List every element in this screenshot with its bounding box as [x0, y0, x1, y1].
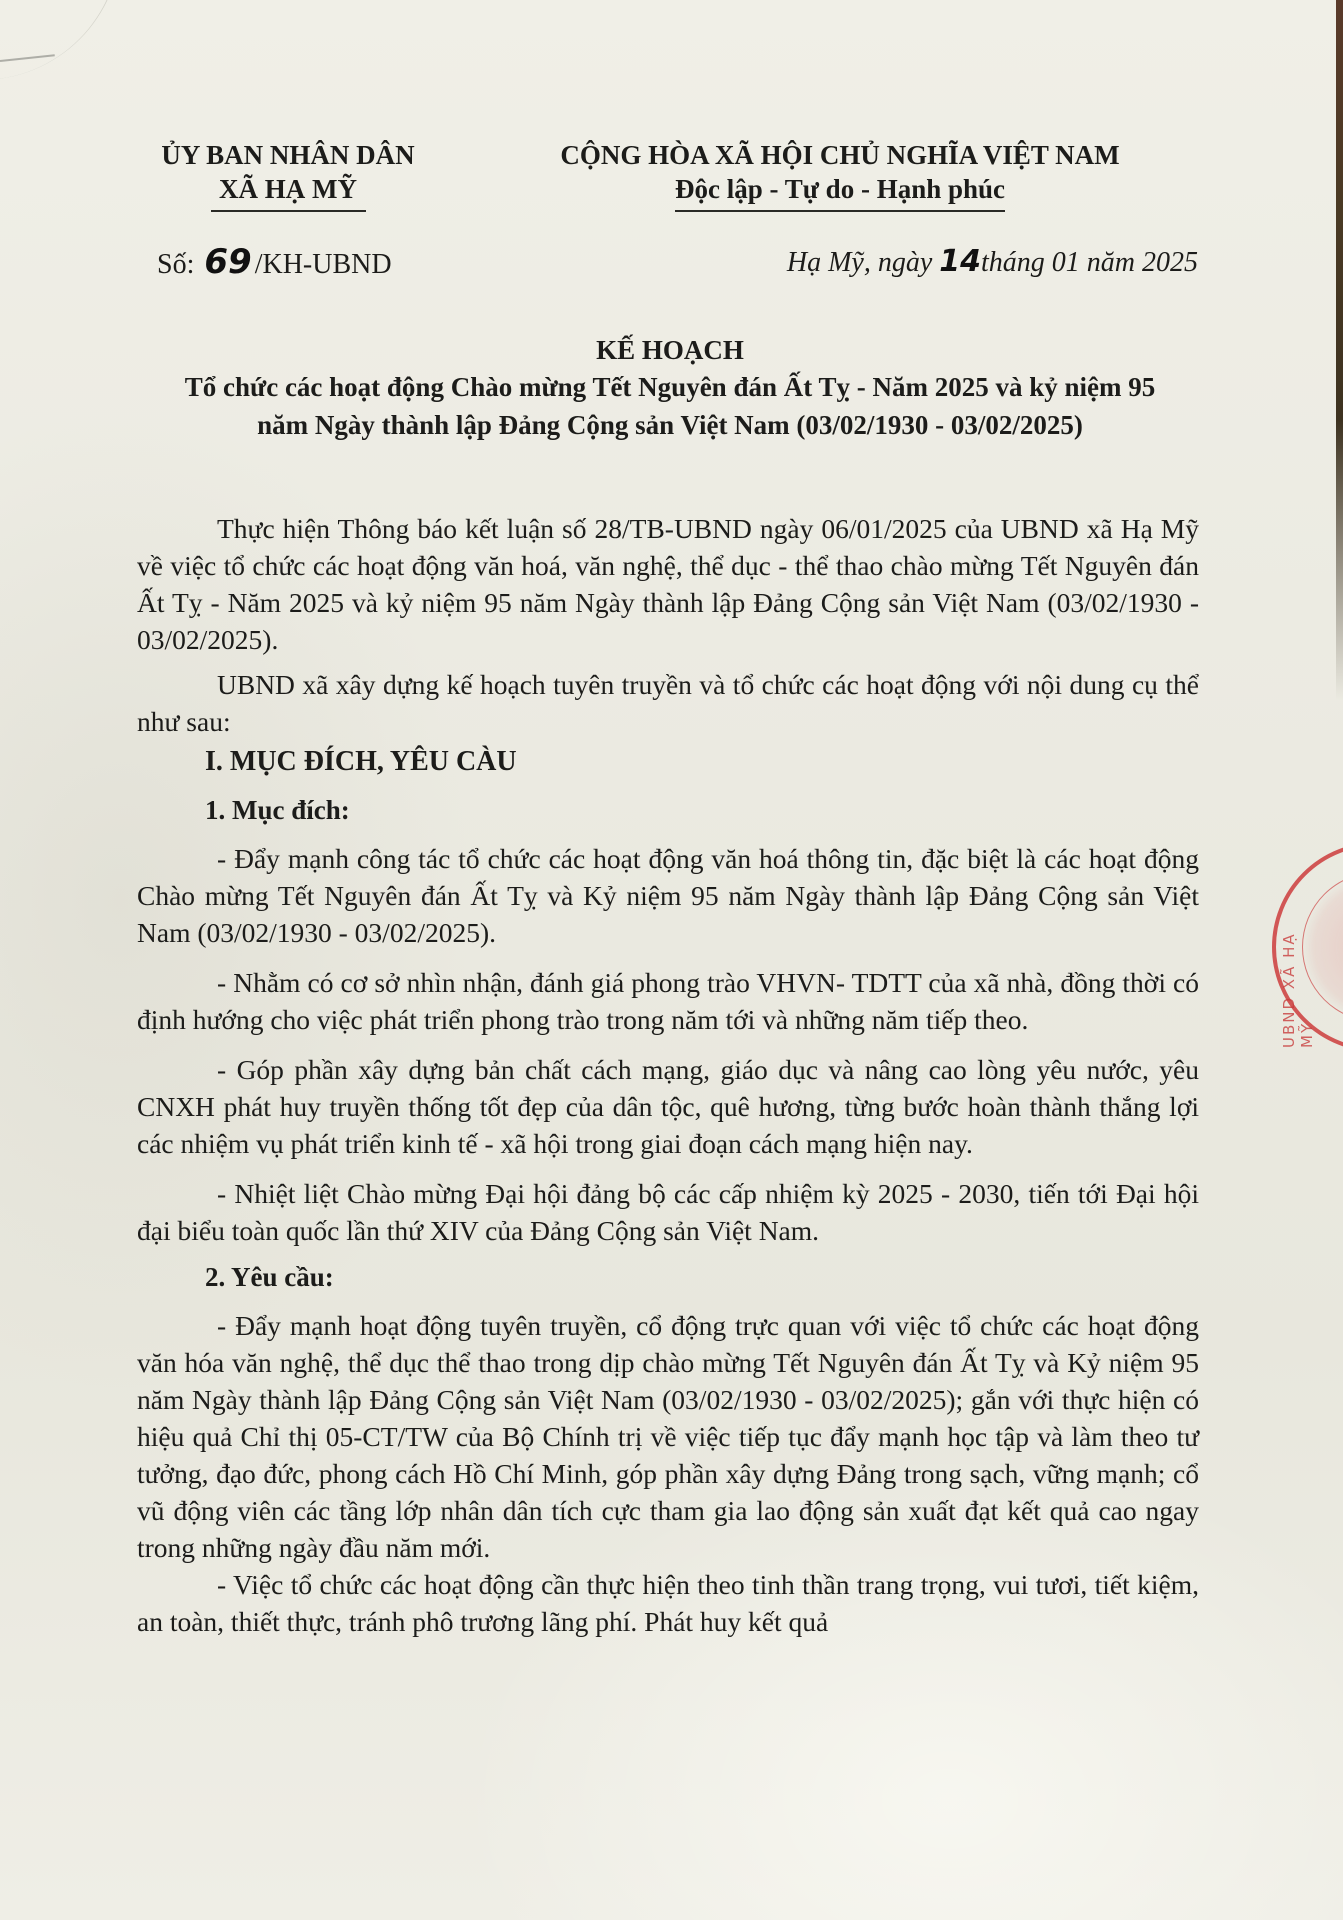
title-main: KẾ HOẠCH [160, 332, 1180, 368]
body-paragraph: - Góp phần xây dựng bản chất cách mạng, … [137, 1051, 1199, 1162]
date-day-handwritten: 14 [939, 244, 981, 279]
body-paragraph: - Đẩy mạnh hoạt động tuyên truyền, cổ độ… [137, 1307, 1199, 1566]
document-number: Số: 69/KH-UBND [157, 244, 392, 283]
doc-number-prefix: Số: [157, 249, 201, 280]
motto-underline [675, 210, 1005, 212]
document-body: Thực hiện Thông báo kết luận số 28/TB-UB… [137, 510, 1199, 1640]
authority-underline [211, 210, 366, 212]
section-heading: I. MỤC ĐÍCH, YÊU CÀU [205, 742, 1199, 782]
paper-fold [0, 0, 121, 80]
body-paragraph: - Đẩy mạnh công tác tổ chức các hoạt độn… [137, 840, 1199, 951]
intro-paragraph: UBND xã xây dựng kế hoạch tuyên truyền v… [137, 666, 1199, 740]
date-prefix: Hạ Mỹ, ngày [787, 247, 939, 278]
body-paragraph: - Việc tổ chức các hoạt động cần thực hi… [137, 1566, 1199, 1640]
authority-line-1: ỦY BAN NHÂN DÂN [161, 140, 414, 170]
background-edge [1336, 0, 1343, 700]
doc-number-suffix: /KH-UBND [255, 249, 392, 280]
issuing-authority: ỦY BAN NHÂN DÂN XÃ HẠ MỸ [118, 138, 458, 212]
date-line: Hạ Mỹ, ngày 14tháng 01 năm 2025 [787, 244, 1198, 281]
national-motto: Độc lập - Tự do - Hạnh phúc [490, 172, 1190, 206]
body-paragraph: - Nhiệt liệt Chào mừng Đại hội đảng bộ c… [137, 1175, 1199, 1249]
subsection-heading: 1. Mục đích: [205, 790, 1199, 830]
intro-paragraph: Thực hiện Thông báo kết luận số 28/TB-UB… [137, 510, 1199, 658]
authority-line-2: XÃ HẠ MỸ [118, 172, 458, 206]
country-name: CỘNG HÒA XÃ HỘI CHỦ NGHĨA VIỆT NAM [560, 140, 1119, 170]
title-subtitle: Tổ chức các hoạt động Chào mừng Tết Nguy… [175, 368, 1165, 444]
body-paragraph: - Nhằm có cơ sở nhìn nhận, đánh giá phon… [137, 964, 1199, 1038]
official-seal: UBND XÃ HẠ MỸ [1272, 842, 1343, 1052]
subsection-heading: 2. Yêu cầu: [205, 1257, 1199, 1297]
seal-text: UBND XÃ HẠ MỸ [1280, 901, 1316, 1048]
national-header: CỘNG HÒA XÃ HỘI CHỦ NGHĨA VIỆT NAM Độc l… [490, 138, 1190, 212]
document-title: KẾ HOẠCH Tổ chức các hoạt động Chào mừng… [160, 332, 1180, 444]
doc-number-handwritten: 69 [201, 242, 254, 282]
date-suffix: tháng 01 năm 2025 [981, 247, 1198, 278]
document-page: ỦY BAN NHÂN DÂN XÃ HẠ MỸ CỘNG HÒA XÃ HỘI… [0, 0, 1343, 1920]
